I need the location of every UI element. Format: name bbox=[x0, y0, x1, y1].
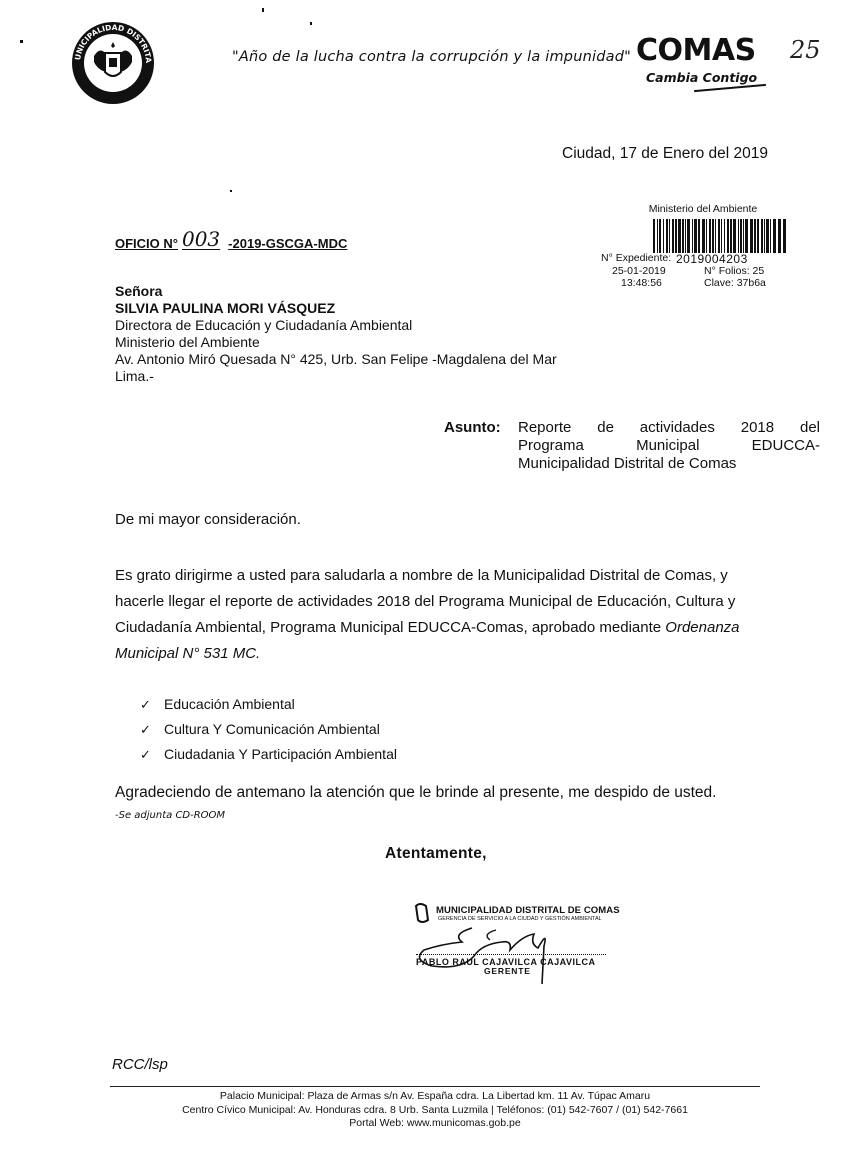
subject-label: Asunto: bbox=[444, 419, 501, 437]
footer-line-1: Palacio Municipal: Plaza de Armas s/n Av… bbox=[110, 1090, 760, 1104]
addressee-salutation: Señora bbox=[115, 283, 557, 300]
footer-line-2: Centro Cívico Municipal: Av. Honduras cd… bbox=[110, 1104, 760, 1118]
subject-line: Programa Municipal EDUCCA- bbox=[518, 437, 820, 455]
signature-stamp: MUNICIPALIDAD DISTRITAL DE COMAS GERENCI… bbox=[412, 900, 612, 985]
check-icon: ✓ bbox=[140, 718, 164, 742]
reception-institution: Ministerio del Ambiente bbox=[608, 203, 798, 215]
scan-speck bbox=[262, 8, 264, 12]
brand-name: COMAS bbox=[636, 36, 786, 66]
scan-speck bbox=[230, 190, 232, 192]
body-paragraph: Es grato dirigirme a usted para saludarl… bbox=[115, 563, 775, 667]
addressee-position: Directora de Educación y Ciudadanía Ambi… bbox=[115, 317, 557, 334]
year-motto: "Año de la lucha contra la corrupción y … bbox=[232, 49, 631, 65]
footer-line-3: Portal Web: www.municomas.gob.pe bbox=[110, 1117, 760, 1131]
comas-brand-logo: COMAS Cambia Contigo bbox=[636, 36, 786, 85]
expediente-number: 2019004203 bbox=[676, 252, 748, 266]
addressee-address: Av. Antonio Miró Quesada N° 425, Urb. Sa… bbox=[115, 351, 557, 368]
check-icon: ✓ bbox=[140, 693, 164, 717]
subject-text: Reporte de actividades 2018 del Programa… bbox=[518, 419, 820, 473]
checklist-item: ✓Educación Ambiental bbox=[140, 692, 397, 717]
addressee-city: Lima.- bbox=[115, 368, 557, 385]
scan-speck bbox=[310, 22, 312, 25]
expediente-label: N° Expediente: bbox=[601, 252, 671, 264]
oficio-number: OFICIO N°003-2019-GSCGA-MDC bbox=[115, 229, 347, 253]
greeting: De mi mayor consideración. bbox=[115, 511, 301, 528]
checklist-label: Cultura Y Comunicación Ambiental bbox=[164, 721, 380, 737]
municipal-seal-logo: MUNICIPALIDAD DISTRITAL COMAS bbox=[70, 20, 156, 106]
closing-paragraph: Agradeciendo de antemano la atención que… bbox=[115, 784, 716, 802]
addressee-institution: Ministerio del Ambiente bbox=[115, 334, 557, 351]
reference-initials: RCC/lsp bbox=[112, 1056, 168, 1073]
stamp-entity: MUNICIPALIDAD DISTRITAL DE COMAS bbox=[436, 905, 620, 916]
check-icon: ✓ bbox=[140, 743, 164, 767]
checklist-item: ✓Cultura Y Comunicación Ambiental bbox=[140, 717, 397, 742]
signature-line bbox=[416, 954, 606, 955]
checklist-label: Ciudadania Y Participación Ambiental bbox=[164, 746, 397, 762]
reception-stamp: Ministerio del Ambiente N° Expediente: 2… bbox=[598, 203, 798, 215]
clave-label: Clave: bbox=[704, 277, 734, 289]
footer-divider bbox=[110, 1086, 760, 1087]
attachment-note: -Se adjunta CD-ROOM bbox=[115, 810, 225, 821]
reception-time: 13:48:56 bbox=[621, 277, 662, 289]
reception-date: 25-01-2019 bbox=[612, 265, 666, 277]
checklist-item: ✓Ciudadania Y Participación Ambiental bbox=[140, 742, 397, 767]
brand-tagline: Cambia Contigo bbox=[646, 70, 786, 85]
oficio-prefix: OFICIO N° bbox=[115, 236, 178, 251]
handwritten-folio-number: 25 bbox=[790, 36, 821, 64]
barcode bbox=[653, 219, 788, 253]
stamp-department: GERENCIA DE SERVICIO A LA CIUDAD Y GESTI… bbox=[438, 916, 602, 922]
checklist-label: Educación Ambiental bbox=[164, 696, 295, 712]
folios-label: N° Folios: bbox=[704, 265, 750, 277]
signer-role: GERENTE bbox=[484, 966, 531, 976]
addressee-block: Señora SILVIA PAULINA MORI VÁSQUEZ Direc… bbox=[115, 283, 557, 385]
clave-field: Clave: 37b6a bbox=[704, 277, 766, 289]
subject-line: Reporte de actividades 2018 del bbox=[518, 419, 820, 437]
subject-line: Municipalidad Distrital de Comas bbox=[518, 455, 820, 473]
addressee-name: SILVIA PAULINA MORI VÁSQUEZ bbox=[115, 300, 557, 317]
footer-address: Palacio Municipal: Plaza de Armas s/n Av… bbox=[110, 1090, 760, 1131]
oficio-suffix: -2019-GSCGA-MDC bbox=[228, 236, 347, 251]
scan-speck bbox=[20, 40, 23, 43]
brand-underline bbox=[694, 84, 766, 92]
date-line: Ciudad, 17 de Enero del 2019 bbox=[562, 145, 768, 163]
folios-field: N° Folios: 25 bbox=[704, 265, 764, 277]
oficio-handwritten-number: 003 bbox=[182, 227, 220, 251]
clave-value: 37b6a bbox=[737, 277, 766, 289]
activity-checklist: ✓Educación Ambiental ✓Cultura Y Comunica… bbox=[140, 692, 397, 767]
folios-value: 25 bbox=[753, 265, 765, 277]
body-text: Es grato dirigirme a usted para saludarl… bbox=[115, 567, 735, 636]
closing-salutation: Atentamente, bbox=[385, 845, 487, 863]
